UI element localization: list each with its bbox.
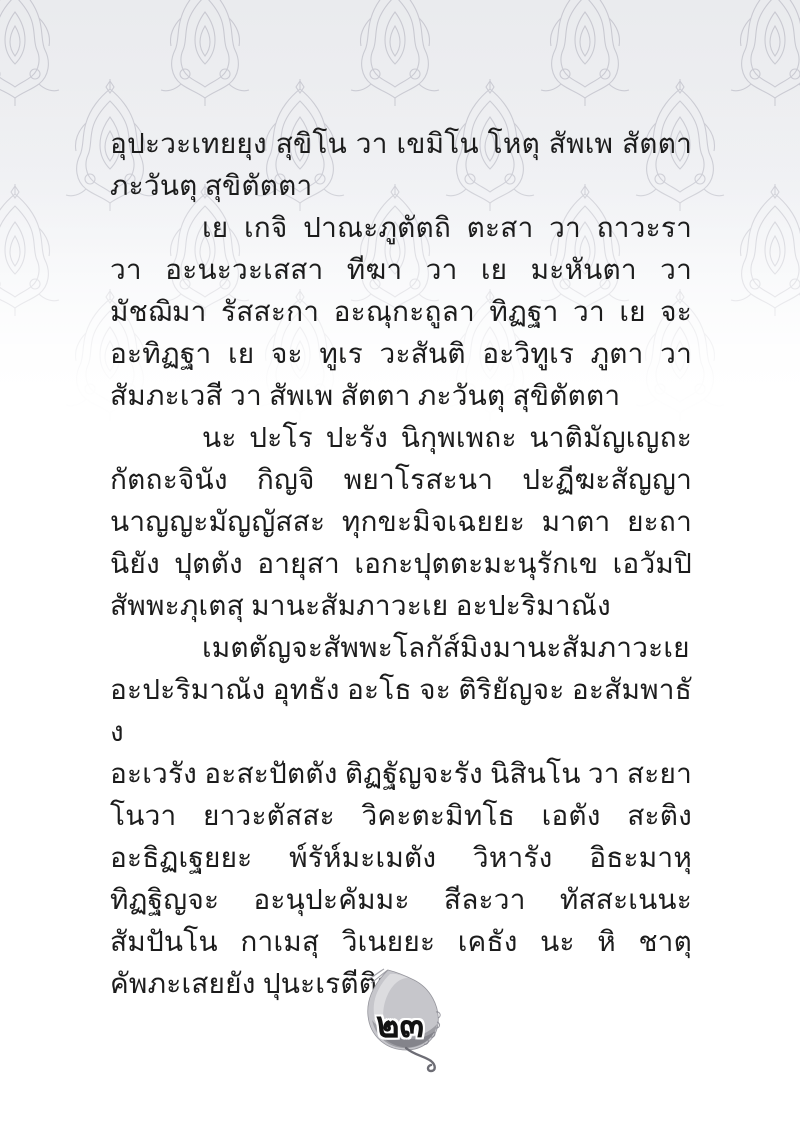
chant-line: อะปะริมาณัง อุทธัง อะโธ จะ ติริยัญจะ อะส…: [110, 670, 692, 754]
page-number: ๒๓: [348, 996, 452, 1053]
chant-line: สัพพะภุเตสุ มานะสัมภาวะเย อะปะริมาณัง: [110, 586, 692, 628]
chant-line: นะ ปะโร ปะรัง นิกุพเพถะ นาติมัญเญถะ: [110, 418, 692, 460]
chant-line: กัตถะจินัง กิญจิ พยาโรสะนา ปะฏีฆะสัญญา: [110, 460, 692, 502]
chant-line: ทิฏฐิญจะ อะนุปะคัมมะ สีละวา ทัสสะเนนะ: [110, 880, 692, 922]
chant-line: ภะวันตุ สุขิตัตตา: [110, 166, 692, 208]
chant-line: อะเวรัง อะสะปัตตัง ติฏฐัญจะรัง นิสินโน ว…: [110, 754, 692, 796]
chant-line: เมตตัญจะสัพพะโลกัส์มิงมานะสัมภาวะเย: [110, 628, 692, 670]
chant-line: นิยัง ปุตตัง อายุสา เอกะปุตตะมะนุรักเข เ…: [110, 544, 692, 586]
chant-line: มัชฌิมา รัสสะกา อะณุกะถูลา ทิฏฐา วา เย จ…: [110, 292, 692, 334]
chant-line: โนวา ยาวะตัสสะ วิคะตะมิทโธ เอตัง สะติง: [110, 796, 692, 838]
chant-line: เย เกจิ ปาณะภูตัตถิ ตะสา วา ถาวะรา: [110, 208, 692, 250]
book-page: อุปะวะเทยยุง สุขิโน วา เขมิโน โหตุ สัพเพ…: [0, 0, 800, 1122]
chant-line: อุปะวะเทยยุง สุขิโน วา เขมิโน โหตุ สัพเพ…: [110, 124, 692, 166]
chant-line: วา อะนะวะเสสา ทีฆา วา เย มะหันตา วา: [110, 250, 692, 292]
chant-text-block: อุปะวะเทยยุง สุขิโน วา เขมิโน โหตุ สัพเพ…: [110, 124, 692, 1006]
chant-line: อะทิฏฐา เย จะ ทูเร วะสันติ อะวิทูเร ภูตา…: [110, 334, 692, 376]
page-footer: ๒๓: [0, 952, 800, 1122]
chant-line: นาญญะมัญญัสสะ ทุกขะมิจเฉยยะ มาตา ยะถา: [110, 502, 692, 544]
chant-line: อะธิฏเฐยยะ พ์รัห์มะเมตัง วิหารัง อิธะมาห…: [110, 838, 692, 880]
chant-line: สัมภะเวสี วา สัพเพ สัตตา ภะวันตุ สุขิตัต…: [110, 376, 692, 418]
